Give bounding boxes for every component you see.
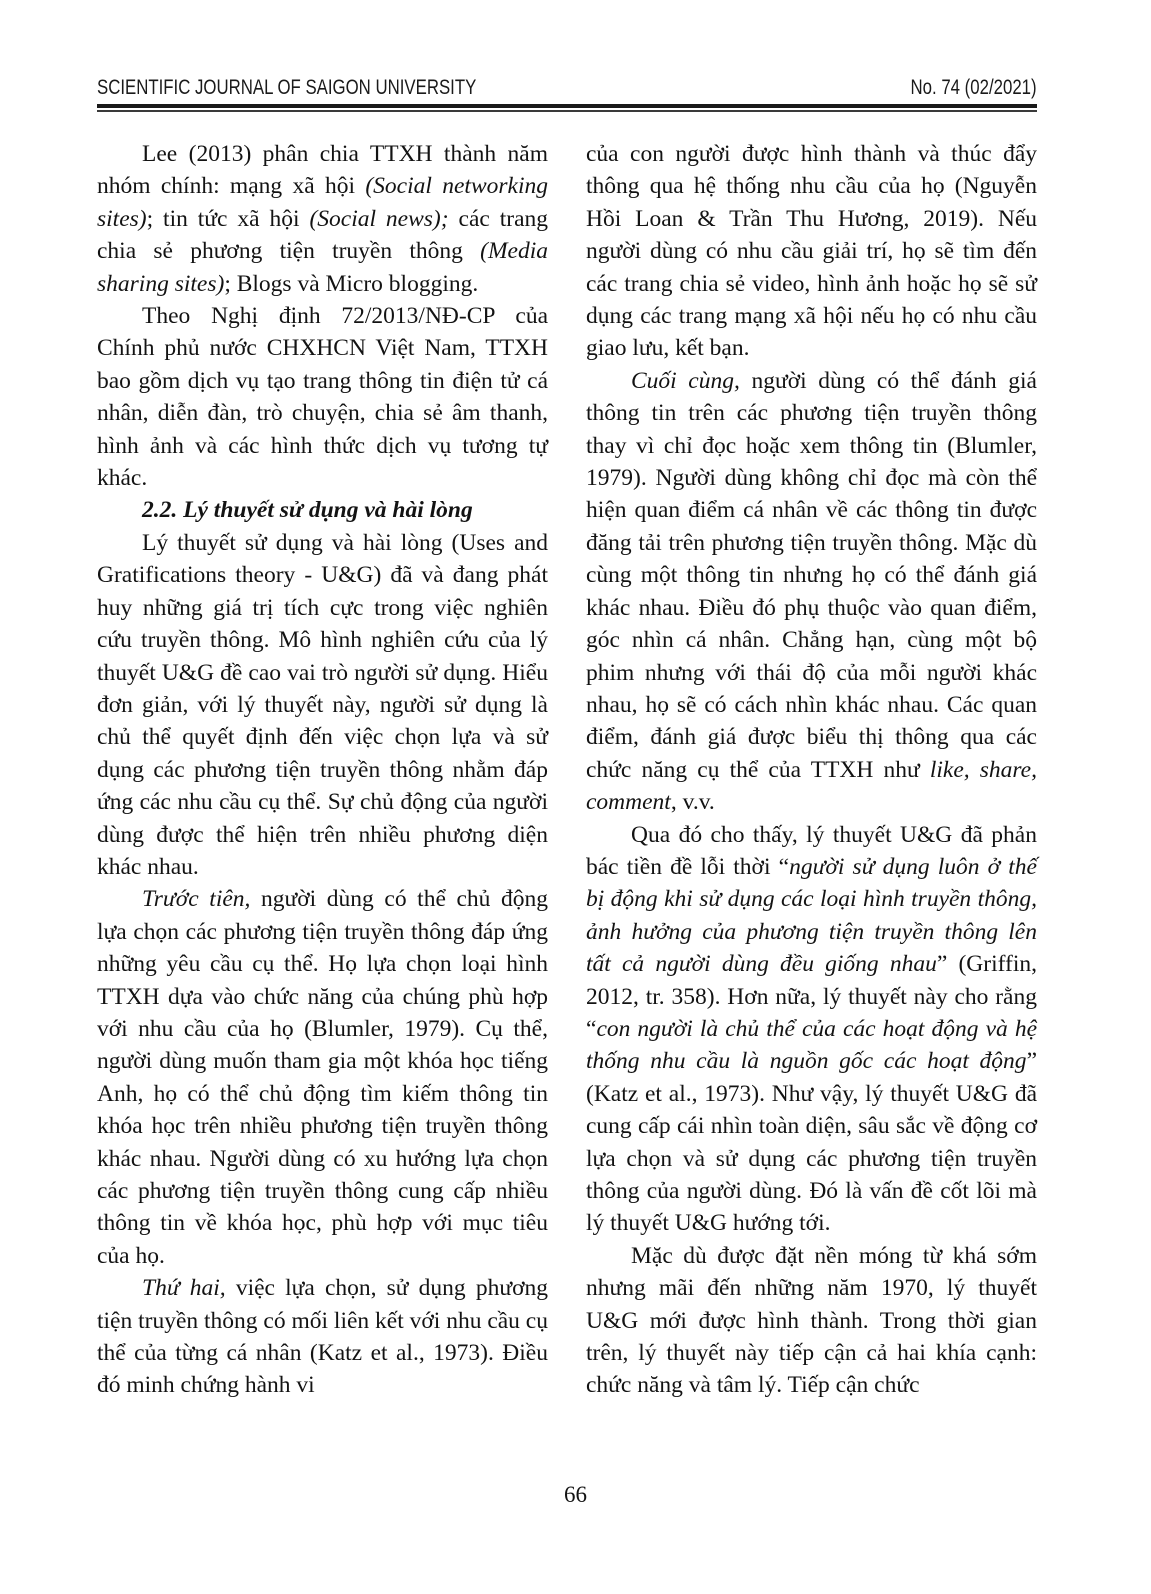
paragraph-ug-theory-intro: Lý thuyết sử dụng và hài lòng (Uses and … [97, 527, 548, 883]
paragraph-second-point: Thứ hai, việc lựa chọn, sử dụng phương t… [97, 1272, 548, 1402]
page-number: 66 [564, 1482, 587, 1507]
paragraph-decree-72-2013: Theo Nghị định 72/2013/NĐ-CP của Chính p… [97, 300, 548, 494]
left-column: Lee (2013) phân chia TTXH thành năm nhóm… [97, 138, 548, 1402]
page-footer: 66 [0, 1482, 1151, 1508]
header-rule [97, 104, 1037, 112]
journal-page: SCIENTIFIC JOURNAL OF SAIGON UNIVERSITY … [0, 0, 1151, 1594]
journal-name: SCIENTIFIC JOURNAL OF SAIGON UNIVERSITY [97, 76, 476, 100]
issue-number: No. 74 (02/2021) [911, 76, 1037, 100]
paragraph-needs-continuation: của con người được hình thành và thúc đẩ… [586, 138, 1037, 365]
paragraph-final-point: Cuối cùng, người dùng có thể đánh giá th… [586, 365, 1037, 819]
section-heading-2-2: 2.2. Lý thuyết sử dụng và hài lòng [97, 494, 548, 526]
right-column: của con người được hình thành và thúc đẩ… [586, 138, 1037, 1402]
paragraph-ug-refutation: Qua đó cho thấy, lý thuyết U&G đã phản b… [586, 819, 1037, 1240]
article-body: Lee (2013) phân chia TTXH thành năm nhóm… [97, 138, 1037, 1402]
paragraph-first-point: Trước tiên, người dùng có thể chủ động l… [97, 883, 548, 1272]
page-header: SCIENTIFIC JOURNAL OF SAIGON UNIVERSITY … [97, 76, 1037, 100]
paragraph-lee-classification: Lee (2013) phân chia TTXH thành năm nhóm… [97, 138, 548, 300]
paragraph-ug-history: Mặc dù được đặt nền móng từ khá sớm nhưn… [586, 1240, 1037, 1402]
